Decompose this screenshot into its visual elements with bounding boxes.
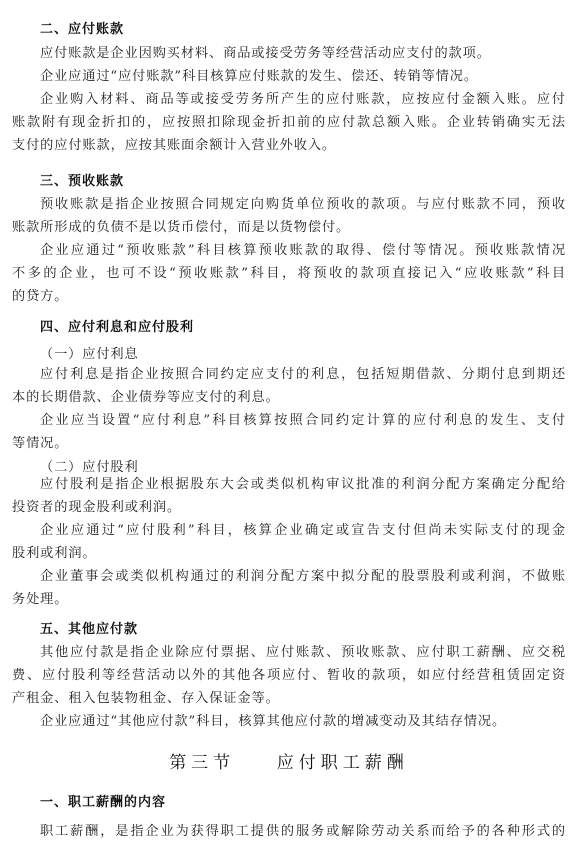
paragraph-line: 账款附有现金折扣的，应按照扣除现金折扣前的应付款总额入账。企业转销确实无法 bbox=[12, 114, 566, 131]
paragraph-line: 等情况。 bbox=[12, 435, 566, 452]
section-title: 第三节 应付职工薪酬 bbox=[12, 748, 566, 773]
paragraph-line: 不多的企业，也可不设“预收账款”科目，将预收的款项直接记入“应收账款”科目 bbox=[12, 265, 566, 282]
paragraph-line: 支付的应付账款，应按其账面余额计入营业外收入。 bbox=[12, 137, 566, 154]
paragraph-line: 企业应通过“预收账款”科目核算预收账款的取得、偿付等情况。预收账款情况 bbox=[40, 242, 566, 259]
paragraph-line: 企业应通过“其他应付款”科目，核算其他应付款的增减变动及其结存情况。 bbox=[40, 713, 566, 730]
paragraph-line: 应付账款是企业因购买材料、商品或接受劳务等经营活动应支付的款项。 bbox=[40, 45, 566, 62]
paragraph-line: 应付利息是指企业按照合同约定应支付的利息，包括短期借款、分期付息到期还 bbox=[40, 366, 566, 383]
heading-interest-dividends: 四、应付利息和应付股利 bbox=[40, 316, 194, 335]
heading-accounts-payable: 二、应付账款 bbox=[40, 18, 124, 37]
paragraph-line: 的贷方。 bbox=[12, 288, 566, 305]
heading-other-payables: 五、其他应付款 bbox=[40, 618, 138, 637]
subheading-dividends-payable: （二）应付股利 bbox=[40, 456, 139, 475]
paragraph-line: 应付股利是指企业根据股东大会或类似机构审议批准的利润分配方案确定分配给 bbox=[40, 476, 566, 493]
paragraph-line: 股利或利润。 bbox=[12, 545, 566, 562]
paragraph-line: 投资者的现金股利或利润。 bbox=[12, 499, 566, 516]
paragraph-line: 预收账款是指企业按照合同规定向购货单位预收的款项。与应付账款不同，预收 bbox=[40, 196, 566, 213]
paragraph-line: 企业应通过“应付账款”科目核算应付账款的发生、偿还、转销等情况。 bbox=[40, 68, 566, 85]
paragraph-line: 企业购入材料、商品等或接受劳务所产生的应付账款，应按应付金额入账。应付 bbox=[40, 91, 566, 108]
paragraph-line: 企业应通过“应付股利”科目，核算企业确定或宣告支付但尚未实际支付的现金 bbox=[40, 522, 566, 539]
heading-employee-compensation: 一、职工薪酬的内容 bbox=[40, 791, 166, 810]
paragraph-line: 务处理。 bbox=[12, 591, 566, 608]
heading-advances-received: 三、预收账款 bbox=[40, 170, 124, 189]
paragraph-line: 职工薪酬，是指企业为获得职工提供的服务或解除劳动关系而给予的各种形式的 bbox=[40, 823, 566, 840]
subheading-interest-payable: （一）应付利息 bbox=[40, 343, 139, 362]
paragraph-line: 其他应付款是指企业除应付票据、应付账款、预收账款、应付职工薪酬、应交税 bbox=[40, 644, 566, 661]
paragraph-line: 企业应当设置“应付利息”科目核算按照合同约定计算的应付利息的发生、支付 bbox=[40, 412, 566, 429]
paragraph-line: 产租金、租入包装物租金、存入保证金等。 bbox=[12, 690, 566, 707]
paragraph-line: 账款所形成的负债不是以货币偿付，而是以货物偿付。 bbox=[12, 219, 566, 236]
paragraph-line: 本的长期借款、企业债券等应支付的利息。 bbox=[12, 389, 566, 406]
paragraph-line: 企业董事会或类似机构通过的利润分配方案中拟分配的股票股利或利润，不做账 bbox=[40, 568, 566, 585]
paragraph-line: 费、应付股利等经营活动以外的其他各项应付、暂收的款项，如应付经营租赁固定资 bbox=[12, 667, 566, 684]
